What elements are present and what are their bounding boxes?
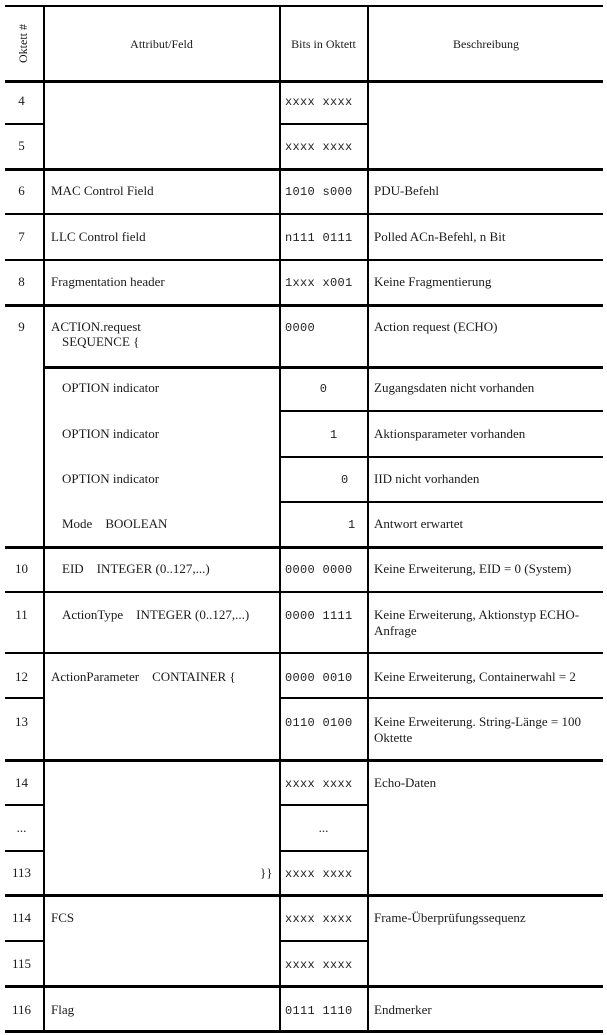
octet-number: 10: [0, 561, 43, 577]
bits-value: 0000 1111: [285, 608, 353, 624]
description: Polled ACn-Befehl, n Bit: [374, 229, 505, 245]
field-name: EID INTEGER (0..127,...): [62, 561, 210, 577]
bits-value: xxxx xxxx: [285, 957, 353, 973]
header-description: Beschreibung: [368, 36, 604, 52]
rule: [5, 304, 603, 307]
bits-value: xxxx xxxx: [285, 776, 353, 792]
rule: [279, 940, 367, 942]
bits-value: 0000: [285, 320, 315, 336]
octet-number: 13: [0, 714, 43, 730]
rule: [279, 501, 603, 503]
rule: [5, 804, 43, 806]
octet-number: 116: [0, 1002, 43, 1018]
rule: [5, 940, 43, 942]
rule: [5, 213, 603, 215]
description: PDU-Befehl: [374, 183, 439, 199]
octet-number: 6: [0, 183, 43, 199]
bits-value: ...: [280, 820, 367, 836]
rule: [5, 546, 603, 549]
bits-value: 1xxx x001: [285, 275, 353, 291]
octet-number: 115: [0, 956, 43, 972]
octet-number: 12: [0, 669, 43, 685]
description: Zugangsdaten nicht vorhanden: [374, 380, 534, 396]
field-name: ACTION.request: [51, 319, 141, 335]
rule: [5, 697, 43, 699]
field-name: OPTION indicator: [62, 380, 159, 396]
description: IID nicht vorhanden: [374, 471, 479, 487]
bits-value: 0110 0100: [285, 715, 353, 731]
octet-table: Oktett # Attribut/Feld Bits in Oktett Be…: [0, 0, 607, 1035]
rule: [279, 850, 367, 852]
field-name-line2: SEQUENCE {: [62, 334, 139, 350]
bits-value: xxxx xxxx: [285, 911, 353, 927]
column-divider: [43, 5, 45, 1032]
rule: [5, 259, 603, 261]
description: Keine Erweiterung, Containerwahl = 2: [374, 669, 576, 685]
field-name: Flag: [51, 1002, 74, 1018]
description: Keine Fragmentierung: [374, 274, 491, 290]
field-name: MAC Control Field: [51, 183, 154, 199]
field-name: OPTION indicator: [62, 426, 159, 442]
octet-number: 8: [0, 274, 43, 290]
bits-value: 1: [348, 517, 356, 533]
description: Aktionsparameter vorhanden: [374, 426, 525, 442]
rule: [5, 850, 43, 852]
bits-value: xxxx xxxx: [285, 139, 353, 155]
bits-value: 0000 0010: [285, 670, 353, 686]
rule: [5, 985, 603, 988]
rule: [43, 366, 603, 369]
description: Endmerker: [374, 1002, 432, 1018]
field-name: ActionParameter CONTAINER {: [51, 669, 236, 685]
header-field: Attribut/Feld: [44, 36, 279, 52]
bits-value: 1010 s000: [285, 184, 353, 200]
column-divider: [367, 5, 369, 1032]
field-name: Fragmentation header: [51, 274, 165, 290]
rule: [5, 894, 603, 897]
bits-value: 0: [341, 472, 349, 488]
bits-value: n111 0111: [285, 230, 353, 246]
description: Antwort erwartet: [374, 516, 463, 532]
rule: [279, 804, 367, 806]
description: Frame-Überprüfungssequenz: [374, 910, 526, 926]
rule: [279, 456, 603, 458]
rule: [5, 1030, 603, 1033]
octet-number: 14: [0, 775, 43, 791]
rule: [5, 80, 603, 83]
rule: [279, 123, 367, 125]
field-name: ActionType INTEGER (0..127,...): [62, 607, 249, 623]
rule: [279, 697, 603, 699]
bits-value: xxxx xxxx: [285, 94, 353, 110]
field-name: Mode BOOLEAN: [62, 516, 167, 532]
description: Echo-Daten: [374, 775, 436, 791]
field-name: LLC Control field: [51, 229, 146, 245]
octet-number: 113: [0, 865, 43, 881]
octet-number: 11: [0, 607, 43, 623]
rule: [5, 5, 603, 7]
field-name: FCS: [51, 910, 74, 926]
rule: [5, 123, 43, 125]
octet-number: 9: [0, 319, 43, 335]
octet-number: ...: [0, 820, 43, 836]
rule: [5, 591, 603, 593]
bits-value: 0111 1110: [285, 1003, 353, 1019]
octet-number: 7: [0, 229, 43, 245]
header-bits: Bits in Oktett: [280, 36, 367, 52]
octet-number: 4: [0, 93, 43, 109]
octet-number: 114: [0, 910, 43, 926]
bits-value: 1: [330, 427, 338, 443]
rule: [279, 410, 603, 412]
field-name: }}: [260, 865, 272, 881]
octet-number: 5: [0, 138, 43, 154]
description: Action request (ECHO): [374, 319, 497, 335]
rule: [5, 759, 603, 762]
bits-value: 0000 0000: [285, 562, 353, 578]
bits-value: 0: [280, 381, 367, 397]
header-octet: Oktett #: [8, 5, 38, 81]
rule: [5, 652, 603, 654]
field-name: OPTION indicator: [62, 471, 159, 487]
column-divider: [279, 5, 281, 1032]
bits-value: xxxx xxxx: [285, 866, 353, 882]
description: Keine Erweiterung, Aktionstyp ECHO-Anfra…: [374, 607, 602, 639]
description: Keine Erweiterung, EID = 0 (System): [374, 561, 571, 577]
rule: [5, 168, 603, 171]
description: Keine Erweiterung. String-Länge = 100 Ok…: [374, 714, 602, 746]
